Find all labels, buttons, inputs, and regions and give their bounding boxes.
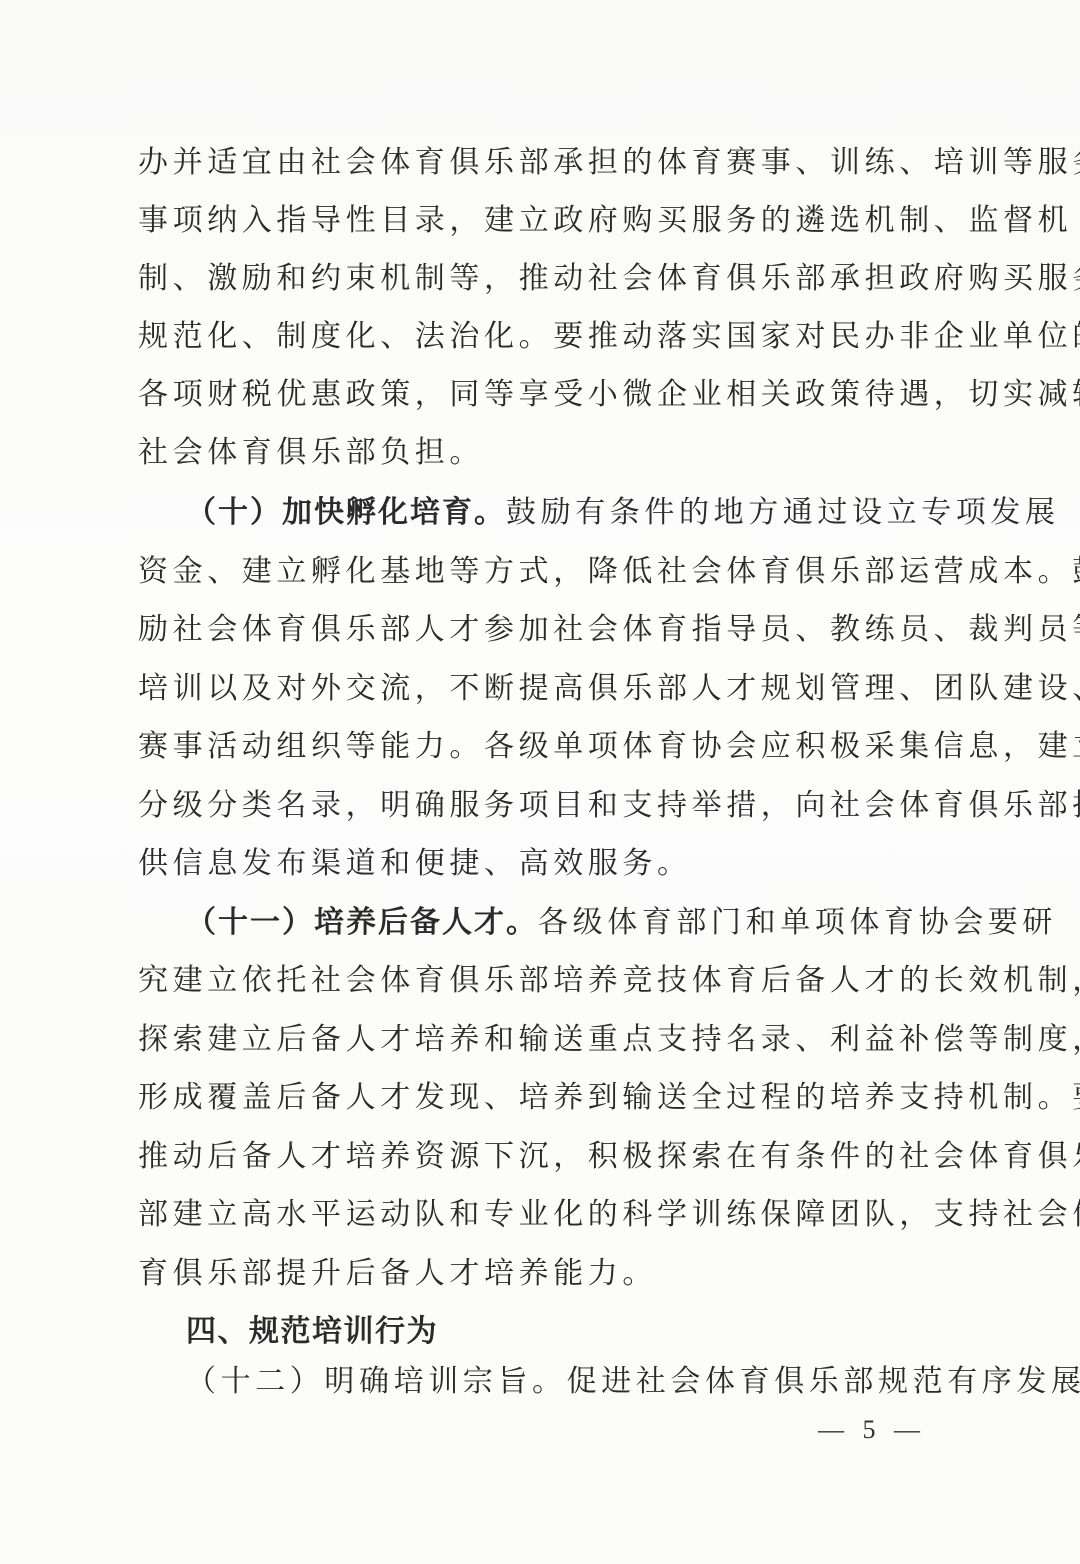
text-line: 育俱乐部提升后备人才培养能力。	[138, 1245, 942, 1303]
text-line: 究建立依托社会体育俱乐部培养竞技体育后备人才的长效机制，	[138, 952, 942, 1010]
text-line: 供信息发布渠道和便捷、高效服务。	[138, 835, 942, 893]
text-line: 形成覆盖后备人才发现、培养到输送全过程的培养支持机制。要	[138, 1069, 942, 1127]
text-line: 社会体育俱乐部负担。	[138, 424, 942, 482]
item-lead: （十一）培养后备人才。	[186, 905, 538, 940]
text-span: 鼓励有条件的地方通过设立专项发展	[506, 495, 1060, 530]
paragraph-first-line: （十二）明确培训宗旨。促进社会体育俱乐部规范有序发展	[186, 1353, 942, 1411]
item-lead: （十二）明确培训宗旨。	[186, 1364, 567, 1399]
text-line: 制、激励和约束机制等，推动社会体育俱乐部承担政府购买服务	[138, 250, 942, 308]
text-line: 资金、建立孵化基地等方式，降低社会体育俱乐部运营成本。鼓	[138, 543, 942, 601]
paragraph-first-line: （十）加快孵化培育。鼓励有条件的地方通过设立专项发展	[186, 484, 942, 542]
item-lead: （十）加快孵化培育。	[186, 495, 506, 530]
text-line: 规范化、制度化、法治化。要推动落实国家对民办非企业单位的	[138, 308, 942, 366]
text-span: 促进社会体育俱乐部规范有序发展	[567, 1364, 1080, 1399]
paragraph-first-line: （十一）培养后备人才。各级体育部门和单项体育协会要研	[186, 894, 942, 952]
text-line: 事项纳入指导性目录，建立政府购买服务的遴选机制、监督机	[138, 192, 942, 250]
text-line: 分级分类名录，明确服务项目和支持举措，向社会体育俱乐部提	[138, 777, 942, 835]
text-line: 办并适宜由社会体育俱乐部承担的体育赛事、训练、培训等服务	[138, 134, 942, 192]
text-line: 培训以及对外交流，不断提高俱乐部人才规划管理、团队建设、	[138, 660, 942, 718]
text-line: 探索建立后备人才培养和输送重点支持名录、利益补偿等制度，	[138, 1011, 942, 1069]
text-line: 各项财税优惠政策，同等享受小微企业相关政策待遇，切实减轻	[138, 366, 942, 424]
page-number: — 5 —	[812, 1410, 932, 1450]
text-line: 部建立高水平运动队和专业化的科学训练保障团队，支持社会体	[138, 1186, 942, 1244]
text-line: 推动后备人才培养资源下沉，积极探索在有条件的社会体育俱乐	[138, 1128, 942, 1186]
text-line: 赛事活动组织等能力。各级单项体育协会应积极采集信息，建立	[138, 718, 942, 776]
document-page: 办并适宜由社会体育俱乐部承担的体育赛事、训练、培训等服务 事项纳入指导性目录，建…	[0, 0, 1080, 1564]
text-line: 励社会体育俱乐部人才参加社会体育指导员、教练员、裁判员等	[138, 601, 942, 659]
text-span: 各级体育部门和单项体育协会要研	[538, 905, 1057, 940]
